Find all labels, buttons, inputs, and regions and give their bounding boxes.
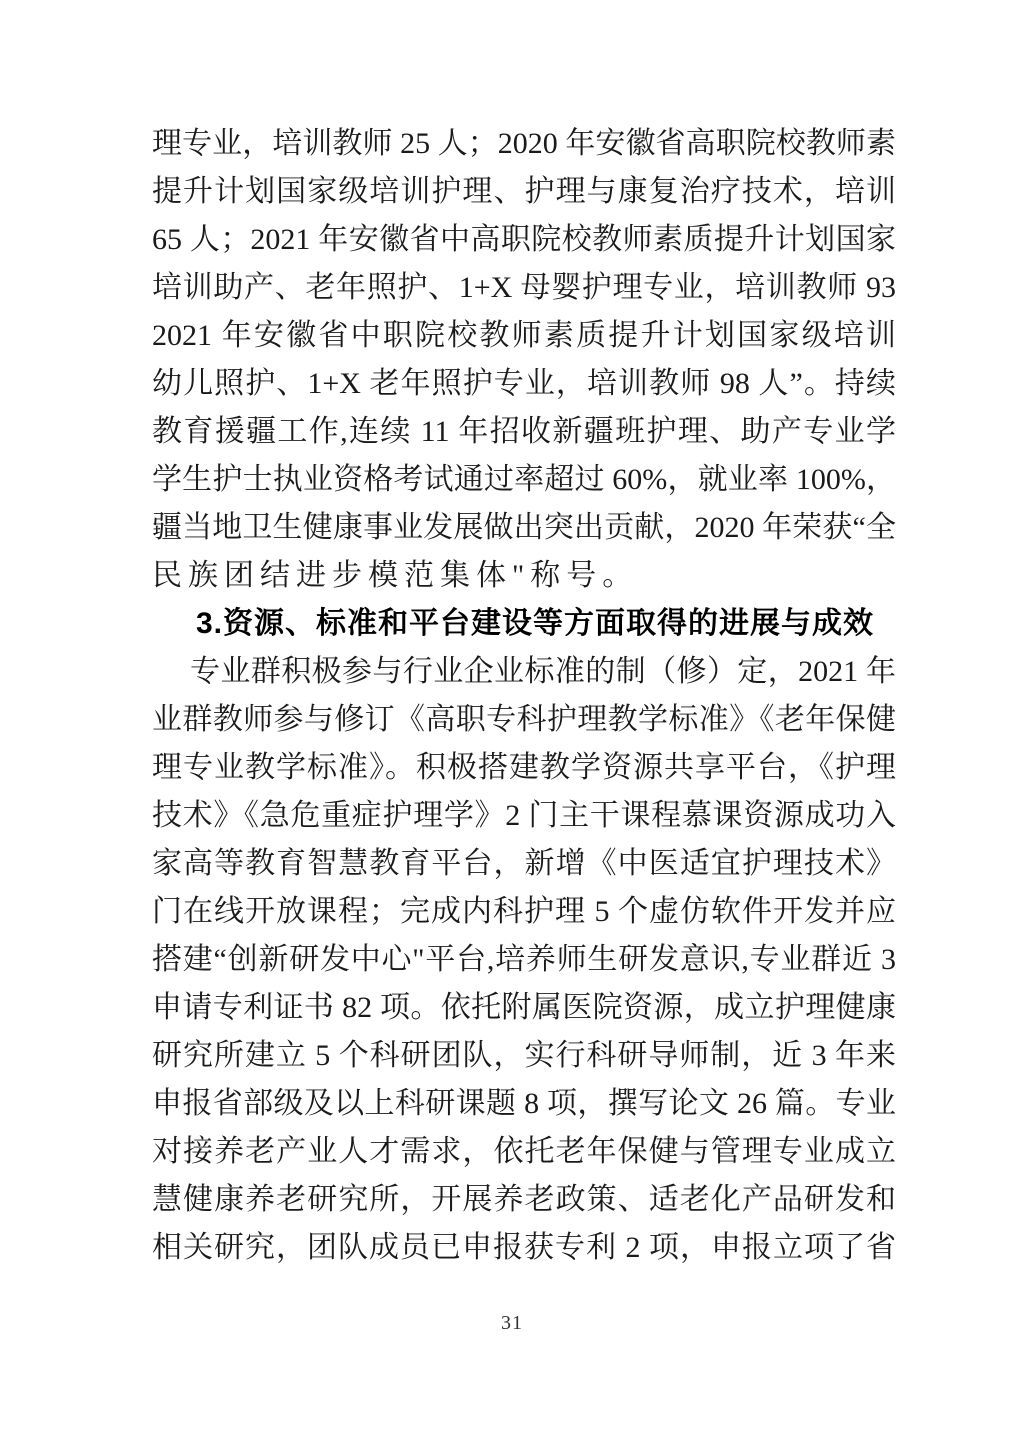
text-line: 幼儿照护、1+X 老年照护专业，培训教师 98 人”。持续开展 bbox=[152, 360, 896, 408]
text-line: 培训助产、老年照护、1+X 母婴护理专业，培训教师 93 人； bbox=[152, 264, 896, 312]
text-line: 搭建“创新研发中心"平台,培养师生研发意识,专业群近 3 年 bbox=[152, 936, 896, 984]
text-line: 申报省部级及以上科研课题 8 项，撰写论文 26 篇。专业群 bbox=[152, 1080, 896, 1128]
text-line: 相关研究，团队成员已申报获专利 2 项，申报立项了省级养 bbox=[152, 1224, 896, 1272]
paragraph-section3: 专业群积极参与行业企业标准的制（修）定，2021 年专业群教师参与修订《高职专科… bbox=[152, 648, 896, 1272]
text-line: 对接养老产业人才需求，依托老年保健与管理专业成立了智 bbox=[152, 1128, 896, 1176]
text-line: 疆当地卫生健康事业发展做出突出贡献，2020 年荣获“全省 bbox=[152, 504, 896, 552]
paragraph-continuation: 理专业，培训教师 25 人；2020 年安徽省高职院校教师素质提升计划国家级培训… bbox=[152, 120, 896, 600]
text-line: 慧健康养老研究所，开展养老政策、适老化产品研发和养老 bbox=[152, 1176, 896, 1224]
text-line: 65 人；2021 年安徽省中高职院校教师素质提升计划国家级 bbox=[152, 216, 896, 264]
text-line: 理专业教学标准》。积极搭建教学资源共享平台，《护理评估 bbox=[152, 744, 896, 792]
text-line: 申请专利证书 82 项。依托附属医院资源，成立护理健康促进 bbox=[152, 984, 896, 1032]
section-heading: 3.资源、标准和平台建设等方面取得的进展与成效 bbox=[152, 600, 896, 648]
page-number: 31 bbox=[0, 1312, 1024, 1335]
text-line: 技术》《急危重症护理学》2 门主干课程慕课资源成功入选国 bbox=[152, 792, 896, 840]
text-line: 理专业，培训教师 25 人；2020 年安徽省高职院校教师素质 bbox=[152, 120, 896, 168]
page-body-text: 理专业，培训教师 25 人；2020 年安徽省高职院校教师素质提升计划国家级培训… bbox=[152, 120, 896, 1272]
text-line: 家高等教育智慧教育平台，新增《中医适宜护理技术》等 7 bbox=[152, 840, 896, 888]
text-line: 研究所建立 5 个科研团队，实行科研导师制，近 3 年来申报 bbox=[152, 1032, 896, 1080]
text-line: 教育援疆工作,连续 11 年招收新疆班护理、助产专业学生， bbox=[152, 408, 896, 456]
text-line: 民族团结进步模范集体"称号。 bbox=[152, 552, 896, 600]
text-line: 学生护士执业资格考试通过率超过 60%，就业率 100%，为新 bbox=[152, 456, 896, 504]
text-line: 专业群积极参与行业企业标准的制（修）定，2021 年专 bbox=[152, 648, 896, 696]
text-line: 业群教师参与修订《高职专科护理教学标准》《老年保健与管 bbox=[152, 696, 896, 744]
document-page: 理专业，培训教师 25 人；2020 年安徽省高职院校教师素质提升计划国家级培训… bbox=[0, 0, 1024, 1448]
text-line: 提升计划国家级培训护理、护理与康复治疗技术，培训教师 bbox=[152, 168, 896, 216]
text-line: 2021 年安徽省中职院校教师素质提升计划国家级培训 1+X bbox=[152, 312, 896, 360]
text-line: 门在线开放课程；完成内科护理 5 个虚仿软件开发并应用。 bbox=[152, 888, 896, 936]
